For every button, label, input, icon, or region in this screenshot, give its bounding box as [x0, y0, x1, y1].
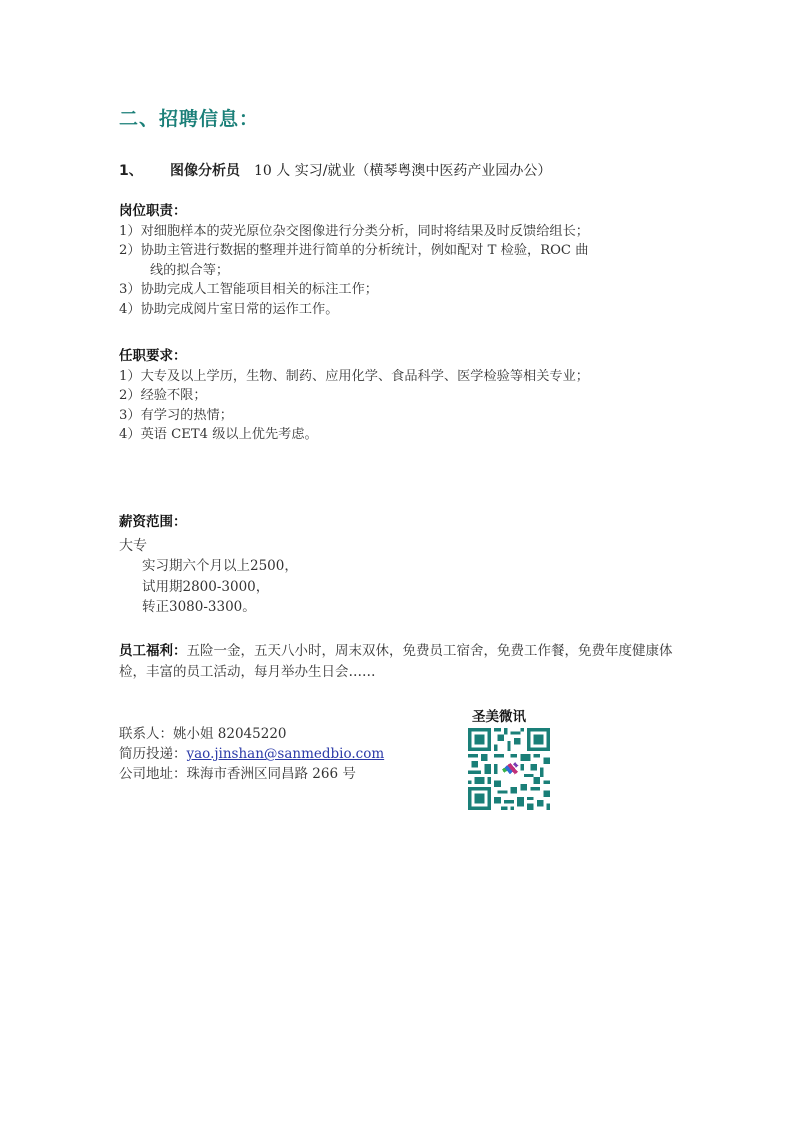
qr-code-icon [468, 728, 550, 810]
duty-item: 2）协助主管进行数据的整理并进行简单的分析统计，例如配对 T 检验，ROC 曲 [119, 241, 589, 261]
salary-section: 薪资范围： 大专 实习期六个月以上2500， 试用期2800-3000， 转正3… [119, 513, 298, 618]
requirement-item: 4）英语 CET4 级以上优先考虑。 [119, 425, 589, 445]
salary-item: 试用期2800-3000， [119, 577, 298, 598]
job-title: 图像分析员 [170, 163, 240, 179]
requirement-item: 2）经验不限； [119, 386, 589, 406]
contact-section: 联系人：姚小姐 82045220 简历投递：yao.jinshan@sanmed… [119, 724, 384, 784]
requirement-item: 1）大专及以上学历，生物、制药、应用化学、食品科学、医学检验等相关专业； [119, 367, 589, 387]
contact-email-line: 简历投递：yao.jinshan@sanmedbio.com [119, 744, 384, 764]
benefits-text: 五险一金，五天八小时，周末双休，免费员工宿舍，免费工作餐，免费年度健康体检，丰富… [119, 643, 673, 680]
document-page: 二、招聘信息： 1、图像分析员10 人 实习/就业（横琴粤澳中医药产业园办公） … [0, 0, 793, 1122]
salary-level: 大专 [119, 537, 298, 557]
requirements-title: 任职要求： [119, 347, 589, 367]
benefits-section: 员工福利：五险一金，五天八小时，周末双休，免费员工宿舍，免费工作餐，免费年度健康… [119, 641, 689, 683]
section-heading: 二、招聘信息： [119, 104, 259, 131]
salary-item: 转正3080-3300。 [119, 597, 298, 618]
job-number: 1、 [119, 160, 170, 180]
contact-address: 公司地址：珠海市香洲区同昌路 266 号 [119, 764, 384, 784]
duties-section: 岗位职责： 1）对细胞样本的荧光原位杂交图像进行分类分析，同时将结果及时反馈给组… [119, 202, 589, 319]
qr-title: 圣美微讯 [472, 705, 526, 725]
duty-item: 3）协助完成人工智能项目相关的标注工作； [119, 280, 589, 300]
requirements-section: 任职要求： 1）大专及以上学历，生物、制药、应用化学、食品科学、医学检验等相关专… [119, 347, 589, 445]
requirement-item: 3）有学习的热情； [119, 406, 589, 426]
email-label: 简历投递： [119, 746, 187, 762]
duty-item: 1）对细胞样本的荧光原位杂交图像进行分类分析，同时将结果及时反馈给组长； [119, 222, 589, 242]
benefits-label: 员工福利： [119, 643, 187, 659]
job-details: 10 人 实习/就业（横琴粤澳中医药产业园办公） [254, 163, 551, 179]
duties-title: 岗位职责： [119, 202, 589, 222]
duty-item: 4）协助完成阅片室日常的运作工作。 [119, 300, 589, 320]
job-line: 1、图像分析员10 人 实习/就业（横琴粤澳中医药产业园办公） [119, 160, 551, 180]
contact-person: 联系人：姚小姐 82045220 [119, 724, 384, 744]
salary-item: 实习期六个月以上2500， [119, 556, 298, 577]
email-link[interactable]: yao.jinshan@sanmedbio.com [187, 746, 385, 762]
duty-item-continued: 线的拟合等； [119, 261, 589, 281]
salary-title: 薪资范围： [119, 513, 298, 533]
